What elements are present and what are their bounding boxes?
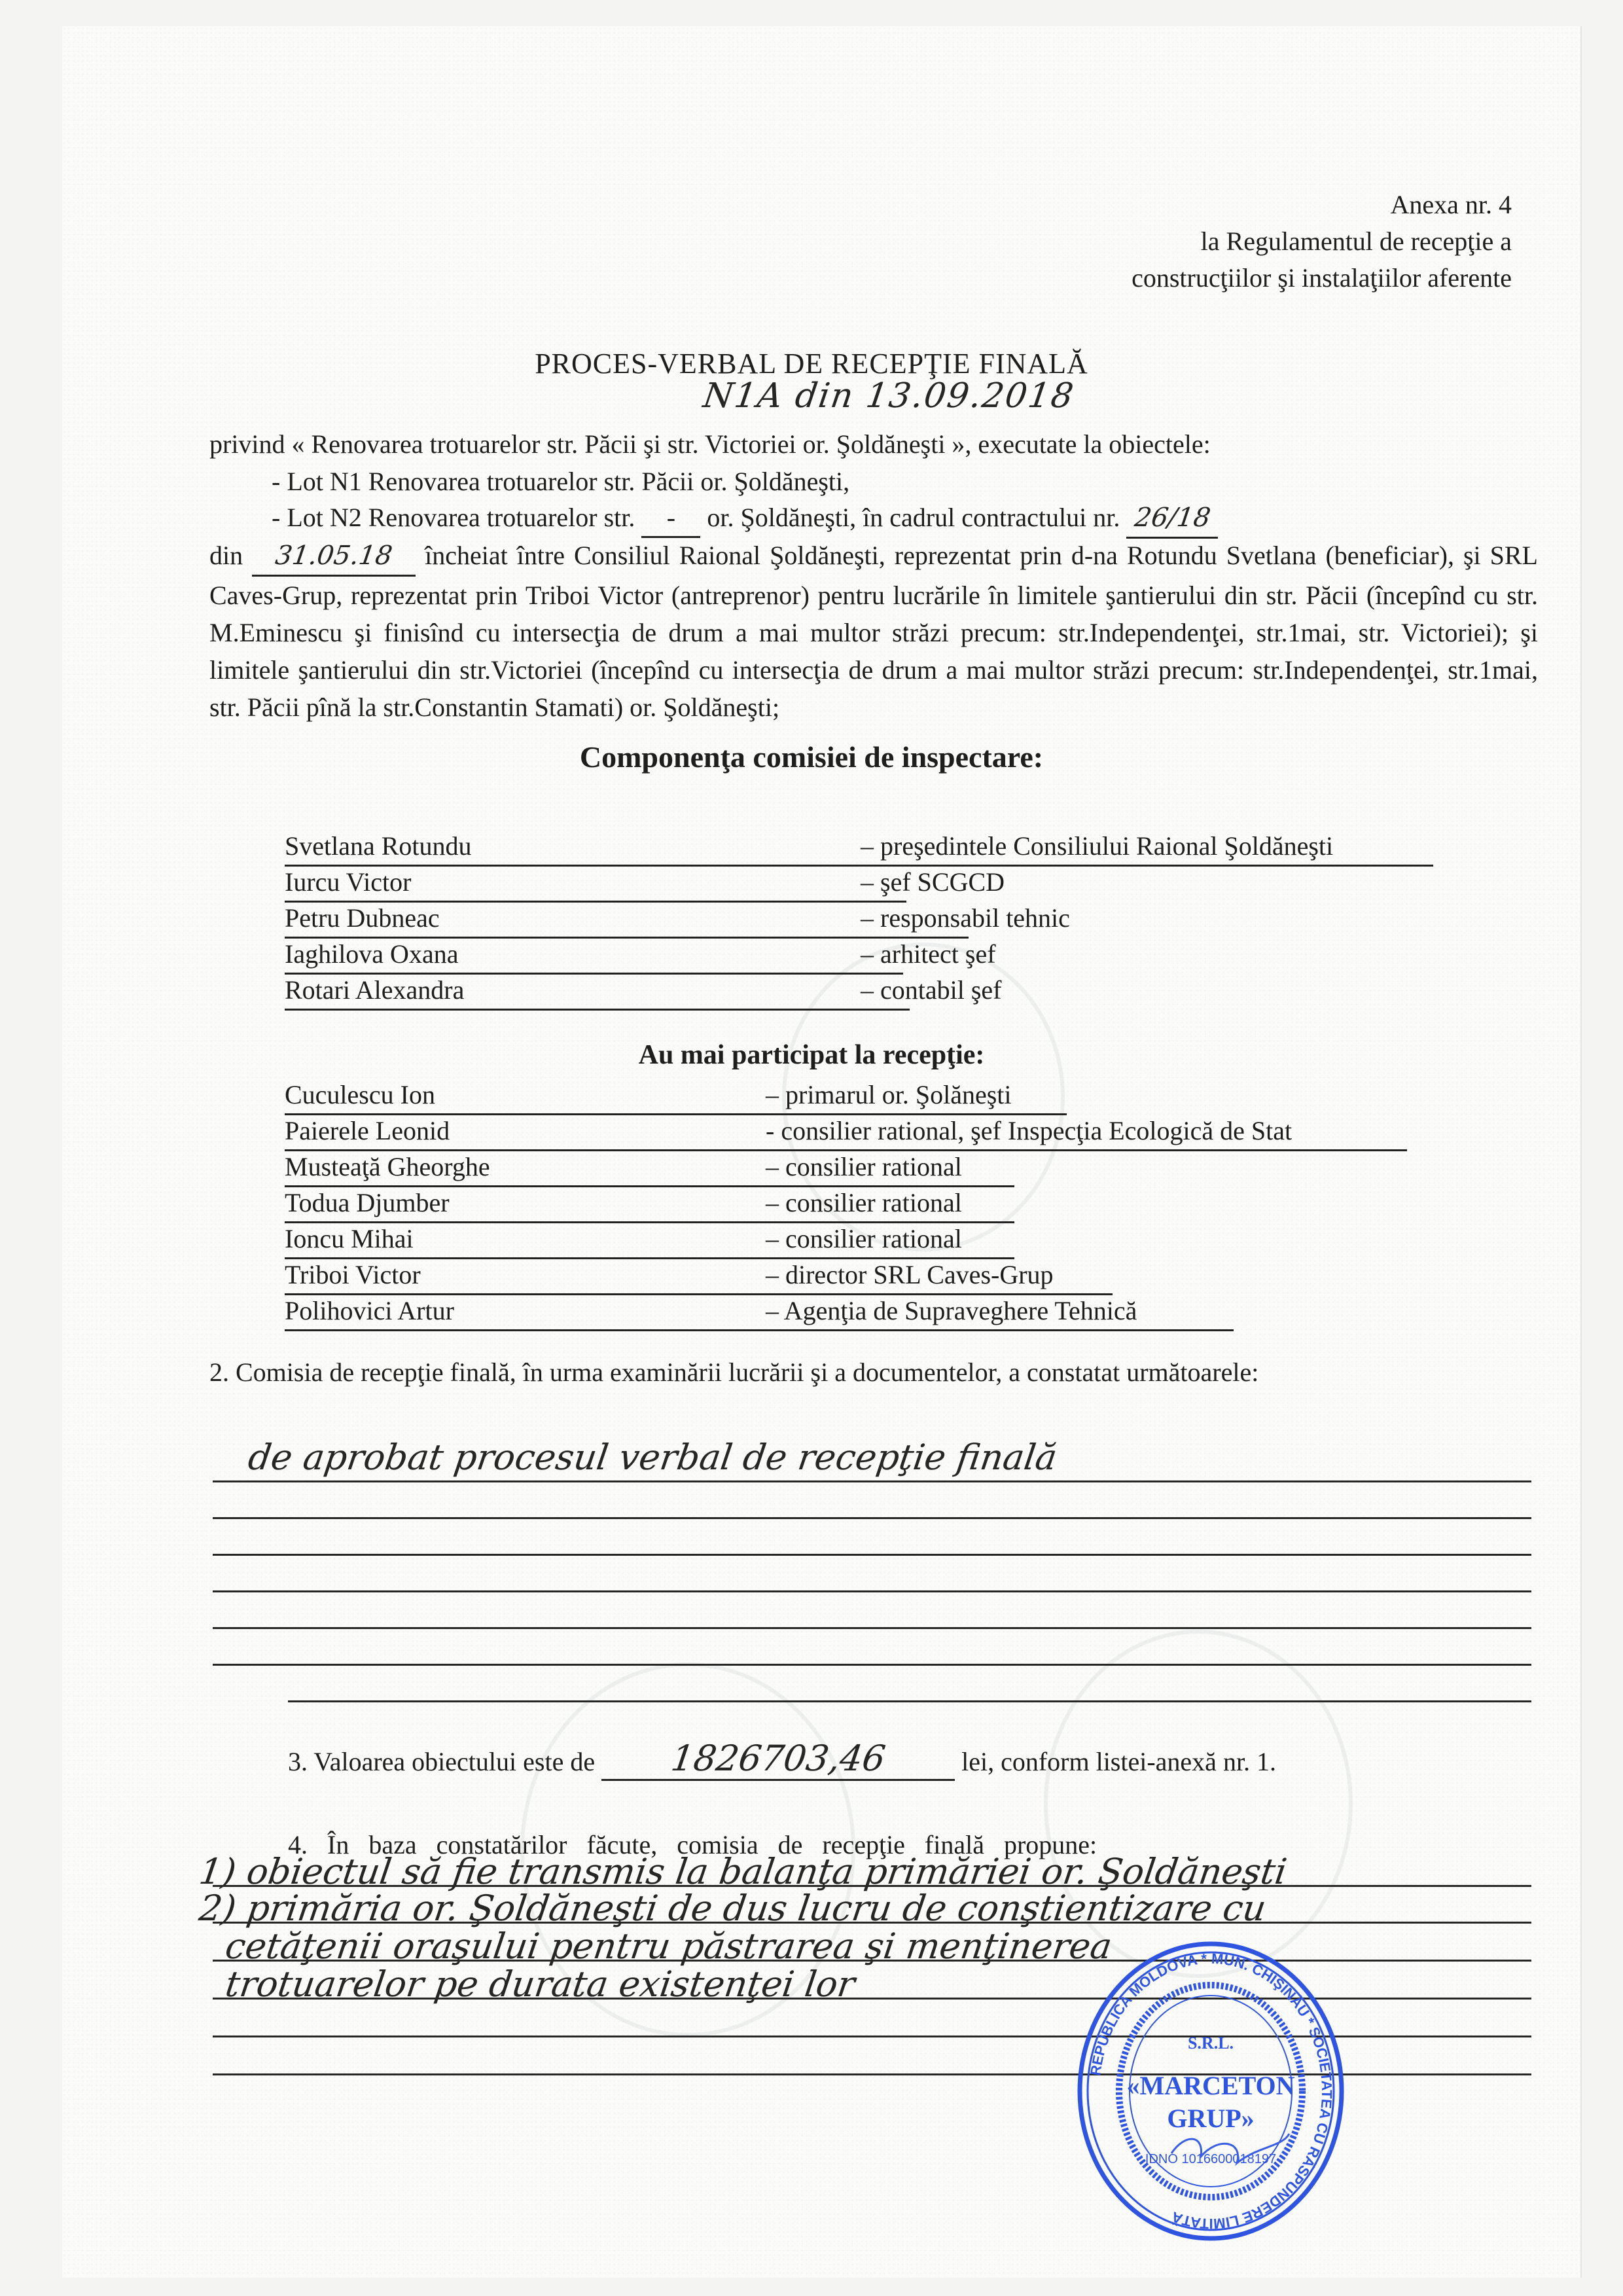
member-role: – responsabil tehnic xyxy=(861,900,1070,937)
annex-header: Anexa nr. 4 la Regulamentul de recepţie … xyxy=(1132,187,1512,296)
annex-line-3: construcţiilor şi instalaţiilor aferente xyxy=(1132,260,1512,296)
contract-date: 31.05.18 xyxy=(252,537,416,577)
ruled-line xyxy=(213,1627,1531,1629)
annex-line-2: la Regulamentul de recepţie a xyxy=(1132,223,1512,260)
ruled-line xyxy=(288,1700,1531,1702)
section-3: 3. Valoarea obiectului este de 1826703,4… xyxy=(288,1738,1276,1781)
member-name: Svetlana Rotundu xyxy=(285,828,472,865)
svg-text:S.R.L.: S.R.L. xyxy=(1188,2034,1234,2053)
participant-row: Cuculescu Ion– primarul or. Şolăneşti xyxy=(285,1077,1067,1115)
stamp-seal-icon: REPUBLICA MOLDOVA * MUN. CHIŞINĂU * SOCI… xyxy=(1073,1937,1348,2245)
participant-role: – primarul or. Şolăneşti xyxy=(766,1077,1012,1113)
member-name: Rotari Alexandra xyxy=(285,972,464,1009)
commission-member-row: Iurcu Victor– şef SCGCD xyxy=(285,864,906,903)
lot-2: - Lot N2 Renovarea trotuarelor str. - or… xyxy=(272,499,1538,539)
participant-row: Musteaţă Gheorghe– consilier rational xyxy=(285,1149,1014,1187)
ruled-line xyxy=(213,1480,1531,1482)
object-value: 1826703,46 xyxy=(601,1738,955,1781)
participant-role: – consilier rational xyxy=(766,1185,962,1221)
ruled-line xyxy=(213,1664,1531,1666)
contract-paragraph: din 31.05.18 încheiat între Consiliul Ra… xyxy=(209,537,1538,726)
commission-member-row: Rotari Alexandra– contabil şef xyxy=(285,972,910,1011)
participants-heading: Au mai participat la recepţie: xyxy=(0,1039,1623,1071)
participant-name: Cuculescu Ion xyxy=(285,1077,435,1113)
subject-line: privind « Renovarea trotuarelor str. Păc… xyxy=(209,425,1538,463)
participant-row: Paierele Leonid- consilier rational, şef… xyxy=(285,1113,1407,1151)
ruled-line xyxy=(213,1554,1531,1556)
member-name: Iurcu Victor xyxy=(285,864,411,901)
participant-name: Polihovici Artur xyxy=(285,1293,454,1329)
member-role: – preşedintele Consiliului Raional Şoldă… xyxy=(861,828,1333,865)
annex-line-1: Anexa nr. 4 xyxy=(1132,187,1512,223)
svg-text:GRUP»: GRUP» xyxy=(1167,2104,1254,2133)
svg-text:«MARCETON: «MARCETON xyxy=(1126,2071,1294,2100)
participant-role: – Agenţia de Supraveghere Tehnică xyxy=(766,1293,1137,1329)
participant-name: Triboi Victor xyxy=(285,1257,421,1293)
member-name: Petru Dubneac xyxy=(285,900,440,937)
participant-role: – consilier rational xyxy=(766,1221,962,1257)
commission-heading: Componenţa comisiei de inspectare: xyxy=(0,740,1623,774)
participant-name: Paierele Leonid xyxy=(285,1113,450,1149)
commission-member-row: Petru Dubneac– responsabil tehnic xyxy=(285,900,969,939)
ruled-line xyxy=(213,1922,1531,1924)
member-role: – şef SCGCD xyxy=(861,864,1005,901)
lot-1: - Lot N1 Renovarea trotuarelor str. Păci… xyxy=(272,463,1515,500)
member-role: – arhitect şef xyxy=(861,936,996,973)
ruled-line xyxy=(213,1517,1531,1519)
participant-role: – consilier rational xyxy=(766,1149,962,1185)
participant-name: Musteaţă Gheorghe xyxy=(285,1149,490,1185)
participant-name: Ioncu Mihai xyxy=(285,1221,414,1257)
section-2-handwritten: de aprobat procesul verbal de recepţie f… xyxy=(249,1437,1057,1478)
member-name: Iaghilova Oxana xyxy=(285,936,458,973)
commission-member-row: Svetlana Rotundu– preşedintele Consiliul… xyxy=(285,828,1433,867)
company-stamp: REPUBLICA MOLDOVA * MUN. CHIŞINĂU * SOCI… xyxy=(1073,1937,1348,2245)
participant-row: Ioncu Mihai– consilier rational xyxy=(285,1221,1014,1259)
participant-name: Todua Djumber xyxy=(285,1185,450,1221)
handwritten-document-number: N1A din 13.09.2018 xyxy=(704,376,1074,416)
ruled-line xyxy=(213,1885,1531,1887)
contract-number: 26/18 xyxy=(1126,499,1218,539)
section-2-text: 2. Comisia de recepţie finală, în urma e… xyxy=(209,1354,1538,1391)
participant-row: Todua Djumber– consilier rational xyxy=(285,1185,1014,1223)
lot-2-street-blank: - xyxy=(641,499,700,538)
document-title: PROCES-VERBAL DE RECEPŢIE FINALĂ xyxy=(0,347,1623,380)
ruled-line xyxy=(213,1590,1531,1592)
member-role: – contabil şef xyxy=(861,972,1002,1009)
participant-role: – director SRL Caves-Grup xyxy=(766,1257,1054,1293)
participant-role: - consilier rational, şef Inspecţia Ecol… xyxy=(766,1113,1292,1149)
commission-member-row: Iaghilova Oxana– arhitect şef xyxy=(285,936,903,975)
svg-text:IDNO 1016600018197: IDNO 1016600018197 xyxy=(1145,2152,1276,2166)
participant-row: Triboi Victor– director SRL Caves-Grup xyxy=(285,1257,1113,1295)
participant-row: Polihovici Artur– Agenţia de Supravegher… xyxy=(285,1293,1234,1331)
